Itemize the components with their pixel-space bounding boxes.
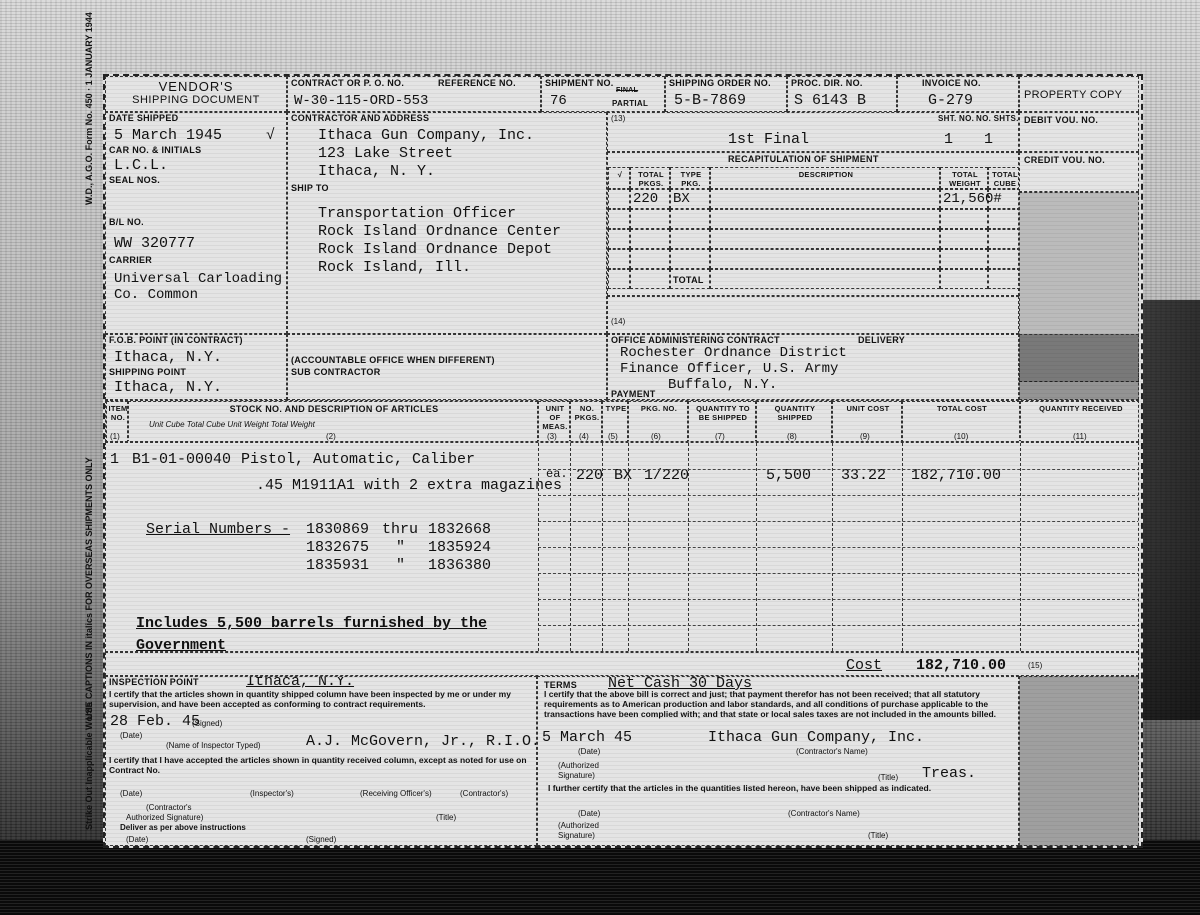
total-cost-row: Total Cost 182,710.00 (15) [105,652,1139,676]
recap-cell [940,249,988,269]
recap-column-header: √ [608,167,630,189]
row-divider [538,521,1139,522]
recap-cell [940,229,988,249]
shipping-document-form: VENDOR'S SHIPPING DOCUMENT CONTRACT OR P… [103,74,1143,848]
serial-number: " [396,539,405,556]
items-table-body: 1 B1-01-00040 Pistol, Automatic, Caliber… [105,442,1139,652]
items-column-header: UNIT COST(9) [832,401,902,442]
recap-cell [608,229,630,249]
serial-number: 1832668 [428,521,491,538]
recap-cell [670,249,710,269]
signature-row: (Date)(Inspector's)(Receiving Officer's)… [120,789,530,801]
signature-label: (Contractor's) [460,789,508,799]
items-column-header: NO. PKGS.(4) [570,401,602,442]
side-caption-2: Strike Out Inapplicable Words [84,702,94,830]
recap-column-header: TOTAL PKGS. [630,167,670,189]
recap-cell [608,209,630,229]
delivery-area [1019,334,1139,400]
recap-cell [630,269,670,289]
recap-column-header: TOTAL WEIGHT [940,167,988,189]
fob-point-column: F.O.B. POINT (IN CONTRACT) Ithaca, N.Y. … [105,334,287,400]
recap-cell [988,209,1019,229]
recap-cell [940,269,988,289]
left-info-column: DATE SHIPPED 5 March 1945 √ CAR NO. & IN… [105,112,287,334]
office-administering-block: OFFICE ADMINISTERING CONTRACT DELIVERY R… [607,334,1019,400]
recap-cell [630,229,670,249]
items-column-header: QUANTITY RECEIVED(11) [1020,401,1139,442]
proc-dir-field: PROC. DIR. NO. S 6143 B [787,76,897,112]
recap-value: 21,560# [943,191,1002,207]
serial-number: 1835931 [306,557,369,574]
recap-value: 220 [633,191,658,207]
recap-footer: (14) [607,296,1019,334]
serial-number: 1832675 [306,539,369,556]
signature-label: (Receiving Officer's) [360,789,432,799]
recap-column-header: Total Cube [988,167,1019,189]
items-column-header: Item No.(1) [106,401,128,442]
items-table-header: Item No.(1)STOCK NO. AND DESCRIPTION OF … [105,400,1139,442]
property-copy-label: PROPERTY COPY [1019,76,1139,112]
row-divider [538,599,1139,600]
recap-cell [710,209,940,229]
row-divider [538,495,1139,496]
recap-cell [608,249,630,269]
recap-cell [710,229,940,249]
items-column-header: Unit of Meas.(3) [538,401,570,442]
form-number: W.D., A.G.O. Form No. 450 · 1 JANUARY 19… [84,12,94,205]
terms-block: TERMS Net Cash 30 Days I certify that th… [537,676,1019,846]
recap-column-header: TYPE PKG. [670,167,710,189]
contractor-address-block: CONTRACTOR AND ADDRESS Ithaca Gun Compan… [287,112,607,334]
sub-contractor-block: (ACCOUNTABLE OFFICE WHEN DIFFERENT) SUB … [287,334,607,400]
side-caption: USE CAPTIONS IN italics FOR OVERSEAS SHI… [84,457,94,720]
debit-voucher-field: DEBIT VOU. NO. [1019,112,1139,152]
recap-cell [988,249,1019,269]
recap-grid: √TOTAL PKGS.TYPE PKG.DescriptionTOTAL WE… [608,167,1019,296]
shipment-note-field: (13) 1st Final SHT. NO. NO. SHTS. 1 1 [607,112,1019,152]
recap-cell [670,209,710,229]
contract-field: CONTRACT OR P. O. NO. REFERENCE NO. W-30… [287,76,541,112]
signature-label: (Inspector's) [250,789,294,799]
row-divider [538,469,1139,470]
shipment-no-field: SHIPMENT NO. 76 FINAL PARTIAL [541,76,665,112]
recap-value: BX [673,191,690,207]
invoice-field: INVOICE NO. G-279 [897,76,1019,112]
recap-cell [988,269,1019,289]
recap-cell [710,269,940,289]
recap-cell [608,189,630,209]
row-divider [538,625,1139,626]
credit-voucher-field: CREDIT VOU. NO. [1019,152,1139,192]
items-column-header: PKG. NO.(6) [628,401,688,442]
scan-bottom-edge [0,840,1200,915]
items-column-header: STOCK NO. AND DESCRIPTION OF ARTICLES(2)… [128,401,538,442]
recap-total-label: TOTAL [673,275,704,285]
shipping-order-field: SHIPPING ORDER NO. 5-B-7869 [665,76,787,112]
recap-cell [710,189,940,209]
row-divider [538,547,1139,548]
serial-number: " [396,557,405,574]
form-title: VENDOR'S SHIPPING DOCUMENT [105,76,287,112]
inspection-block: INSPECTION POINT Ithaca, N.Y. I certify … [105,676,537,846]
recap-cell [988,229,1019,249]
recapitulation-table: RECAPITULATION OF SHIPMENT √TOTAL PKGS.T… [607,152,1019,296]
items-column-header: TOTAL COST(10) [902,401,1020,442]
items-column-header: QUANTITY TO BE SHIPPED(7) [688,401,756,442]
serial-number: thru [382,521,418,538]
recap-cell [670,229,710,249]
signature-label: (Date) [120,789,142,799]
items-column-header: Type(5) [602,401,628,442]
recap-cell [710,249,940,269]
recap-cell [630,209,670,229]
recap-cell [630,249,670,269]
serial-number: 1835924 [428,539,491,556]
row-divider [538,573,1139,574]
received-area [1019,676,1139,846]
recap-cell [608,269,630,289]
recap-column-header: Description [710,167,940,189]
recap-cell [940,209,988,229]
serial-number: 1830869 [306,521,369,538]
items-column-header: QUANTITY SHIPPED(8) [756,401,832,442]
serial-number: 1836380 [428,557,491,574]
